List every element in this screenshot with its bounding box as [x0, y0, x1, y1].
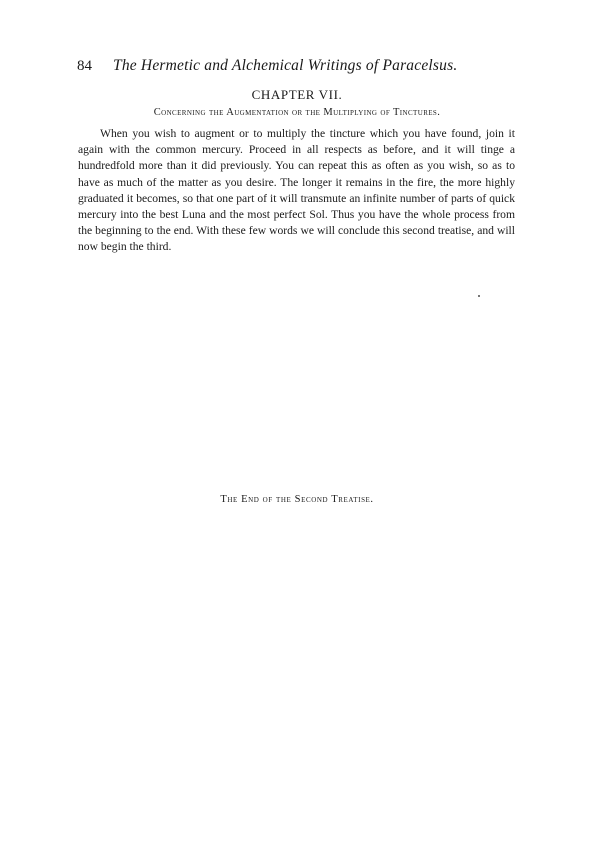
- print-speck: [478, 295, 480, 297]
- end-of-treatise-note: The End of the Second Treatise.: [77, 494, 517, 505]
- chapter-subheading: Concerning the Augmentation or the Multi…: [77, 107, 517, 118]
- page-number: 84: [77, 58, 113, 75]
- running-head: 84The Hermetic and Alchemical Writings o…: [77, 57, 517, 75]
- chapter-heading: CHAPTER VII.: [77, 87, 517, 103]
- book-title: The Hermetic and Alchemical Writings of …: [113, 57, 457, 74]
- body-paragraph: When you wish to augment or to multiply …: [78, 126, 515, 256]
